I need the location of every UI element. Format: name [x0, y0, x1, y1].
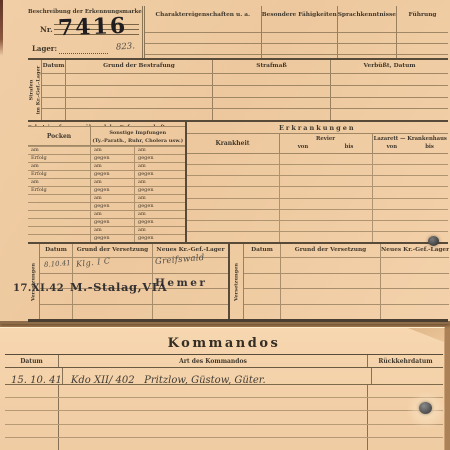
entry-cell-datum: 15. 10. 41 — [5, 368, 62, 384]
impfungen-cell-sonstige1: gegen — [90, 235, 134, 242]
erkennungsmarke-number-row: Nr. 7416 — [28, 15, 142, 43]
versetzungen-header-row: Datum Grund der Versetzung Neues Kr.-Gef… — [244, 244, 449, 257]
empty-cell — [58, 438, 367, 450]
kommandos-header-row: Datum Art des Kommandos Rückkehrdatum — [5, 355, 443, 368]
empty-cell — [58, 398, 367, 410]
impfungen-cell-sonstige2: gegen — [134, 155, 185, 162]
empty-cell — [330, 86, 448, 97]
von-bis-row: von bis — [373, 144, 448, 150]
ruled-line — [145, 44, 261, 55]
impfungen-cell-pocken: am — [28, 147, 90, 154]
empty-cell — [42, 98, 65, 109]
empty-cell — [279, 199, 372, 209]
empty-cell — [372, 176, 448, 186]
kommandos-table: Datum Art des Kommandos Rückkehrdatum 15… — [5, 354, 443, 450]
empty-row — [244, 288, 449, 304]
impfungen-cell-pocken — [28, 235, 90, 242]
strafen-table: Datum Grund der Bestrafung Strafmaß Verb… — [42, 60, 448, 120]
empty-cell — [187, 232, 279, 242]
top-columns: Charaktereigenschaften u. a. Besondere F… — [145, 6, 448, 58]
empty-row — [244, 257, 449, 273]
impfungen-cell-sonstige2: gegen — [134, 187, 185, 194]
schutzimpfungen-table: Schutzimpfungen während der Gefangenscha… — [28, 122, 187, 242]
impfungen-cell-sonstige1: am — [90, 195, 134, 202]
ruled-line — [262, 22, 337, 33]
empty-cell — [279, 232, 372, 242]
entry-cell-rueckkehr — [371, 368, 443, 384]
header-strafmass: Strafmaß — [212, 60, 330, 73]
empty-cell — [279, 187, 372, 197]
header-pocken: Pocken — [28, 127, 90, 145]
lager-row: Lager: 823. — [32, 44, 140, 57]
empty-cell — [280, 258, 380, 273]
empty-row — [244, 304, 449, 320]
impfungen-row: Erfolg gegen gegen — [28, 186, 185, 194]
erkrankungen-subheader: Krankheit Revier von bis Lazarett — Kran… — [187, 134, 448, 154]
column-fuehrung: Führung — [396, 6, 448, 58]
lager-dotted-line — [59, 53, 108, 54]
empty-cell — [212, 86, 330, 97]
ruled-line — [338, 33, 396, 44]
impfungen-row: am am — [28, 226, 185, 234]
impfungen-cell-sonstige2: am — [134, 163, 185, 170]
impfungen-row: am am am — [28, 146, 185, 154]
impfungen-cell-sonstige2: gegen — [134, 219, 185, 226]
impfungen-cell-pocken — [28, 219, 90, 226]
empty-cell — [187, 187, 279, 197]
impfungen-cell-sonstige1: gegen — [90, 203, 134, 210]
versetzungen-section: Versetzungen Datum Grund der Versetzung … — [28, 244, 448, 322]
von-label: von — [387, 144, 397, 150]
erkrankungen-rows — [187, 154, 448, 242]
side-label-line: Versetzungen — [233, 263, 240, 301]
empty-cell — [244, 305, 280, 320]
lager-handwritten-value: 823. — [116, 41, 136, 52]
versetzungen-side-label: Versetzungen — [233, 263, 240, 301]
empty-cell — [330, 74, 448, 85]
empty-row — [5, 398, 443, 411]
empty-cell — [58, 411, 367, 423]
column-header: Führung — [397, 6, 448, 22]
impfungen-cell-sonstige1: gegen — [90, 155, 134, 162]
empty-cell — [280, 289, 380, 304]
header-grund-der-versetzung: Grund der Versetzung — [72, 244, 152, 257]
impfungen-row: gegen gegen — [28, 202, 185, 210]
side-label-line: Strafen — [28, 66, 35, 115]
empty-cell — [244, 274, 280, 289]
empty-cell — [58, 385, 367, 397]
empty-row — [42, 85, 448, 97]
impfungen-grid: am am am Erfolg gegen gegen am — [28, 146, 185, 242]
empty-cell — [372, 154, 448, 164]
strafen-section: Strafen im Kr.-Gef.-Lager Datum Grund de… — [28, 58, 448, 122]
header-krankheit: Krankheit — [187, 134, 279, 153]
empty-cell — [372, 210, 448, 220]
impfungen-cell-sonstige2: am — [134, 147, 185, 154]
empty-cell — [279, 221, 372, 231]
ruled-line — [397, 22, 448, 33]
stamp-camp-name: M.-Stalag,VIA — [70, 280, 167, 294]
empty-cell — [244, 289, 280, 304]
kommandos-title: Kommandos — [5, 336, 443, 351]
empty-cell — [330, 109, 448, 120]
header-revier: Revier von bis — [279, 134, 372, 153]
empty-row — [187, 209, 448, 220]
top-section: Beschreibung der Erkennungsmarke Nr. 741… — [28, 6, 448, 58]
impfungen-cell-pocken — [28, 227, 90, 234]
scan-edge-shadow — [0, 0, 3, 56]
empty-cell — [5, 385, 58, 397]
empty-row — [187, 231, 448, 242]
versetzungen-block-right: Versetzungen Datum Grund der Versetzung … — [228, 244, 449, 319]
impfungen-cell-sonstige1: gegen — [90, 219, 134, 226]
versetzungen-block-left: Versetzungen Datum Grund der Versetzung … — [28, 244, 228, 319]
sonstige-line1: Sonstige Impfungen — [91, 130, 185, 138]
column-sprachkenntnisse: Sprachkenntnisse — [337, 6, 396, 58]
empty-cell — [279, 210, 372, 220]
impfungen-cell-pocken — [28, 211, 90, 218]
empty-cell — [5, 425, 58, 437]
header-datum: Datum — [5, 355, 58, 367]
empty-cell — [187, 165, 279, 175]
empty-row — [244, 273, 449, 289]
empty-row — [187, 186, 448, 197]
empty-cell — [58, 425, 367, 437]
ruled-line — [145, 33, 261, 44]
empty-cell — [212, 74, 330, 85]
kommando-entry-row: 15. 10. 41 Kdo XII/ 402 Pritzlow, Güstow… — [5, 368, 443, 385]
empty-cell — [65, 86, 212, 97]
empty-cell — [65, 98, 212, 109]
impfungen-cell-pocken: Erfolg — [28, 171, 90, 178]
impfungen-cell-sonstige2: am — [134, 195, 185, 202]
impfungen-cell-pocken — [28, 203, 90, 210]
empty-row — [187, 198, 448, 209]
empty-cell — [372, 199, 448, 209]
empty-cell — [380, 289, 449, 304]
impfungen-cell-pocken — [28, 195, 90, 202]
empty-cell — [372, 165, 448, 175]
impfungen-cell-sonstige1: am — [90, 163, 134, 170]
lager-label: Lager: — [32, 44, 57, 53]
empty-cell — [244, 258, 280, 273]
impfungen-cell-pocken: am — [28, 179, 90, 186]
versetzungen-side-column: Versetzungen — [230, 244, 244, 319]
pow-record-card-scan: Beschreibung der Erkennungsmarke Nr. 741… — [0, 0, 450, 450]
empty-cell — [187, 221, 279, 231]
column-header: Besondere Fähigkeiten — [262, 6, 337, 22]
header-lazarett-krankenhaus: Lazarett — Krankenhaus von bis — [372, 134, 448, 153]
column-besondere-faehigkeiten: Besondere Fähigkeiten — [261, 6, 337, 58]
empty-cell — [5, 438, 58, 450]
impfungen-cell-sonstige1: am — [90, 147, 134, 154]
side-label-line: im Kr.-Gef.-Lager — [35, 66, 42, 115]
empty-cell — [5, 398, 58, 410]
von-label: von — [298, 144, 308, 150]
impfungen-cell-sonstige1: am — [90, 227, 134, 234]
impfungen-row: gegen gegen — [28, 234, 185, 242]
empty-cell — [42, 74, 65, 85]
bis-label: bis — [425, 144, 434, 150]
strafen-header-row: Datum Grund der Bestrafung Strafmaß Verb… — [42, 60, 448, 73]
header-rueckkehrdatum: Rückkehrdatum — [367, 355, 443, 367]
sonstige-line2: (Ty.-Parath., Ruhr, Cholera usw.) — [91, 138, 185, 146]
stalag-date-stamp: 17.XI.42 M.-Stalag,VIA — [13, 276, 167, 295]
impfungen-cell-sonstige1: am — [90, 179, 134, 186]
impfungen-cell-sonstige2: am — [134, 179, 185, 186]
impfungen-cell-sonstige1: am — [90, 211, 134, 218]
impfungen-cell-sonstige2: gegen — [134, 235, 185, 242]
erkrankungen-table: Erkrankungen Krankheit Revier von bis La… — [187, 122, 448, 242]
empty-cell — [42, 109, 65, 120]
empty-cell — [372, 187, 448, 197]
impfungen-cell-sonstige1: gegen — [90, 171, 134, 178]
ruled-line — [338, 44, 396, 55]
column-header: Charaktereigenschaften u. a. — [145, 6, 261, 22]
header-neues-kr-gef-lager: Neues Kr.-Gef.-Lager — [380, 244, 449, 257]
empty-cell — [187, 176, 279, 186]
empty-row — [5, 438, 443, 450]
ruled-line — [397, 44, 448, 55]
empty-cell — [279, 176, 372, 186]
header-datum: Datum — [42, 60, 65, 73]
kommandos-card: Kommandos Datum Art des Kommandos Rückke… — [0, 327, 445, 450]
header-verbuesst-datum: Verbüßt, Datum — [330, 60, 448, 73]
entry-cell-art: Kdo XII/ 402 Pritzlow, Güstow, Güter. — [62, 368, 371, 384]
bis-label: bis — [345, 144, 354, 150]
impfungen-cell-sonstige2: am — [134, 211, 185, 218]
empty-cell — [330, 98, 448, 109]
column-charaktereigenschaften: Charaktereigenschaften u. a. — [145, 6, 261, 58]
erkrankungen-title: Erkrankungen — [187, 122, 448, 134]
strafen-side-label: Strafen im Kr.-Gef.-Lager — [28, 66, 42, 115]
empty-row — [187, 220, 448, 231]
empty-row — [42, 108, 448, 120]
medical-section: Schutzimpfungen während der Gefangenscha… — [28, 122, 448, 244]
empty-cell — [367, 438, 443, 450]
empty-row — [187, 154, 448, 164]
header-datum: Datum — [244, 244, 280, 257]
versetzungen-table-right: Datum Grund der Versetzung Neues Kr.-Gef… — [244, 244, 449, 319]
empty-cell — [42, 86, 65, 97]
ruled-line — [145, 22, 261, 33]
ruled-line — [262, 33, 337, 44]
impfungen-row: am am — [28, 194, 185, 202]
erkennungsmarke-box: Beschreibung der Erkennungsmarke Nr. 741… — [28, 6, 142, 58]
empty-cell — [187, 154, 279, 164]
empty-cell — [212, 98, 330, 109]
empty-cell — [5, 411, 58, 423]
header-datum: Datum — [40, 244, 72, 257]
empty-cell — [152, 305, 228, 320]
nr-label: Nr. — [40, 25, 53, 34]
empty-cell — [280, 274, 380, 289]
empty-cell — [72, 305, 152, 320]
stamp-date: 17.XI.42 — [13, 283, 64, 294]
empty-row — [5, 411, 443, 424]
von-bis-row: von bis — [280, 144, 372, 150]
impfungen-cell-pocken: am — [28, 163, 90, 170]
punch-hole-upper — [428, 236, 439, 246]
lazarett-label: Lazarett — Krankenhaus — [373, 136, 448, 142]
empty-row — [42, 73, 448, 85]
impfungen-cell-sonstige2: gegen — [134, 203, 185, 210]
header-art-des-kommandos: Art des Kommandos — [58, 355, 367, 367]
impfungen-cell-sonstige1: gegen — [90, 187, 134, 194]
empty-cell — [380, 258, 449, 273]
impfungen-cell-sonstige2: gegen — [134, 171, 185, 178]
impfungen-row: am am am — [28, 162, 185, 170]
empty-row — [5, 385, 443, 398]
empty-cell — [65, 74, 212, 85]
header-sonstige-impfungen: Sonstige Impfungen (Ty.-Parath., Ruhr, C… — [90, 127, 185, 145]
empty-cell — [187, 210, 279, 220]
ruled-line — [262, 44, 337, 55]
empty-cell — [212, 109, 330, 120]
empty-cell — [372, 221, 448, 231]
empty-row — [42, 97, 448, 109]
impfungen-row: Erfolg gegen gegen — [28, 170, 185, 178]
ruled-line — [397, 33, 448, 44]
column-header: Sprachkenntnisse — [338, 6, 396, 22]
empty-row — [5, 425, 443, 438]
empty-cell — [187, 199, 279, 209]
impfungen-row: am am — [28, 210, 185, 218]
impfungen-row: gegen gegen — [28, 218, 185, 226]
ruled-line — [338, 22, 396, 33]
empty-cell — [279, 154, 372, 164]
empty-row — [187, 175, 448, 186]
strafen-side-column: Strafen im Kr.-Gef.-Lager — [28, 60, 42, 120]
empty-cell — [380, 274, 449, 289]
revier-label: Revier — [280, 136, 372, 142]
empty-row — [40, 304, 228, 320]
empty-cell — [65, 109, 212, 120]
header-grund-der-bestrafung: Grund der Bestrafung — [65, 60, 212, 73]
impfungen-row: am am am — [28, 178, 185, 186]
impfungen-cell-sonstige2: am — [134, 227, 185, 234]
empty-row — [187, 164, 448, 175]
header-grund-der-versetzung: Grund der Versetzung — [280, 244, 380, 257]
impfungen-cell-pocken: Erfolg — [28, 155, 90, 162]
punch-hole-lower — [419, 402, 432, 414]
empty-cell — [280, 305, 380, 320]
empty-cell — [380, 305, 449, 320]
personalkarte-upper-card: Beschreibung der Erkennungsmarke Nr. 741… — [0, 0, 450, 324]
stamp-location-hemer: Hemer — [155, 277, 207, 289]
erkennungsmarke-number-stamp: 7416 — [58, 13, 128, 41]
impfungen-cell-pocken: Erfolg — [28, 187, 90, 194]
schutzimpfungen-subheader: Pocken Sonstige Impfungen (Ty.-Parath., … — [28, 127, 185, 146]
empty-cell — [279, 165, 372, 175]
empty-cell — [40, 305, 72, 320]
impfungen-row: Erfolg gegen gegen — [28, 154, 185, 162]
